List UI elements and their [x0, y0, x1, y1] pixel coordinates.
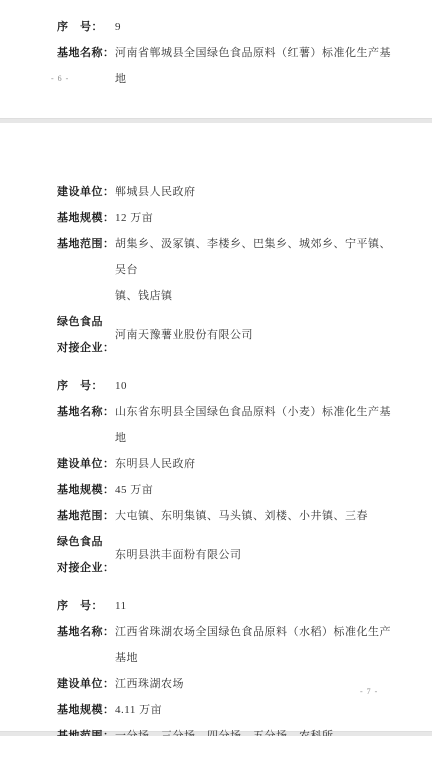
serial-label: 序 号： [57, 373, 115, 399]
page-6-bottom: 序 号： 9 基地名称： 河南省郸城县全国绿色食品原料（红薯）标准化生产基地 -… [0, 0, 432, 118]
scale-value: 45 万亩 [115, 477, 392, 503]
field-row-scale: 基地规模： 12 万亩 [57, 205, 392, 231]
field-row-serial: 序 号： 10 [57, 373, 392, 399]
field-row-serial: 序 号： 11 [57, 593, 392, 619]
base-name-value: 河南省郸城县全国绿色食品原料（红薯）标准化生产基地 [115, 40, 392, 92]
builder-value: 郸城县人民政府 [115, 179, 392, 205]
field-row-scope: 基地范围： 大屯镇、东明集镇、马头镇、刘楼、小井镇、三春 [57, 503, 392, 529]
builder-label: 建设单位： [57, 671, 115, 697]
base-name-value: 山东省东明县全国绿色食品原料（小麦）标准化生产基地 [115, 399, 392, 451]
builder-value: 东明县人民政府 [115, 451, 392, 477]
field-row-base-name: 基地名称： 江西省珠湖农场全国绿色食品原料（水稻）标准化生产基地 [57, 619, 392, 671]
base-name-value: 江西省珠湖农场全国绿色食品原料（水稻）标准化生产基地 [115, 619, 392, 671]
scale-value: 12 万亩 [115, 205, 392, 231]
green-enterprise-label-line2: 对接企业： [57, 335, 115, 361]
scope-value: 胡集乡、汲冢镇、李楼乡、巴集乡、城郊乡、宁平镇、吴台 镇、钱店镇 [115, 231, 392, 309]
green-enterprise-label-line2: 对接企业： [57, 555, 115, 581]
serial-label: 序 号： [57, 14, 115, 40]
base-name-label: 基地名称： [57, 40, 115, 92]
builder-label: 建设单位： [57, 451, 115, 477]
field-row-builder: 建设单位： 郸城县人民政府 [57, 179, 392, 205]
document-viewer: 序 号： 9 基地名称： 河南省郸城县全国绿色食品原料（红薯）标准化生产基地 -… [0, 0, 432, 768]
base-name-label: 基地名称： [57, 399, 115, 451]
green-enterprise-label: 绿色食品 对接企业： [57, 529, 115, 581]
green-enterprise-label: 绿色食品 对接企业： [57, 309, 115, 361]
field-row-serial: 序 号： 9 [57, 14, 392, 40]
green-enterprise-value: 东明县洪丰面粉有限公司 [115, 542, 392, 568]
base-name-label: 基地名称： [57, 619, 115, 671]
scale-value: 4.11 万亩 [115, 697, 392, 723]
scope-label: 基地范围： [57, 503, 115, 529]
serial-value: 11 [115, 593, 392, 619]
field-row-scale: 基地规模： 45 万亩 [57, 477, 392, 503]
page-number-7: - 7 - [360, 687, 378, 696]
green-enterprise-label-line1: 绿色食品 [57, 309, 115, 335]
scale-label: 基地规模： [57, 205, 115, 231]
green-enterprise-value: 河南天豫薯业股份有限公司 [115, 322, 392, 348]
serial-value: 10 [115, 373, 392, 399]
field-row-builder: 建设单位： 东明县人民政府 [57, 451, 392, 477]
green-enterprise-label-line1: 绿色食品 [57, 529, 115, 555]
field-row-base-name: 基地名称： 河南省郸城县全国绿色食品原料（红薯）标准化生产基地 [57, 40, 392, 92]
field-row-base-name: 基地名称： 山东省东明县全国绿色食品原料（小麦）标准化生产基地 [57, 399, 392, 451]
builder-value: 江西珠湖农场 [115, 671, 392, 697]
page-8-top [0, 736, 432, 768]
builder-label: 建设单位： [57, 179, 115, 205]
serial-value: 9 [115, 14, 392, 40]
scope-value: 大屯镇、东明集镇、马头镇、刘楼、小井镇、三春 [115, 503, 392, 529]
serial-label: 序 号： [57, 593, 115, 619]
field-row-scope: 基地范围： 胡集乡、汲冢镇、李楼乡、巴集乡、城郊乡、宁平镇、吴台 镇、钱店镇 [57, 231, 392, 309]
page-number-6: - 6 - [51, 74, 69, 83]
scale-label: 基地规模： [57, 697, 115, 723]
field-row-scale: 基地规模： 4.11 万亩 [57, 697, 392, 723]
scope-label: 基地范围： [57, 231, 115, 309]
field-row-green-enterprise: 绿色食品 对接企业： 东明县洪丰面粉有限公司 [57, 529, 392, 581]
scale-label: 基地规模： [57, 477, 115, 503]
field-row-builder: 建设单位： 江西珠湖农场 [57, 671, 392, 697]
page-7: 建设单位： 郸城县人民政府 基地规模： 12 万亩 基地范围： 胡集乡、汲冢镇、… [0, 123, 432, 731]
field-row-green-enterprise: 绿色食品 对接企业： 河南天豫薯业股份有限公司 [57, 309, 392, 361]
